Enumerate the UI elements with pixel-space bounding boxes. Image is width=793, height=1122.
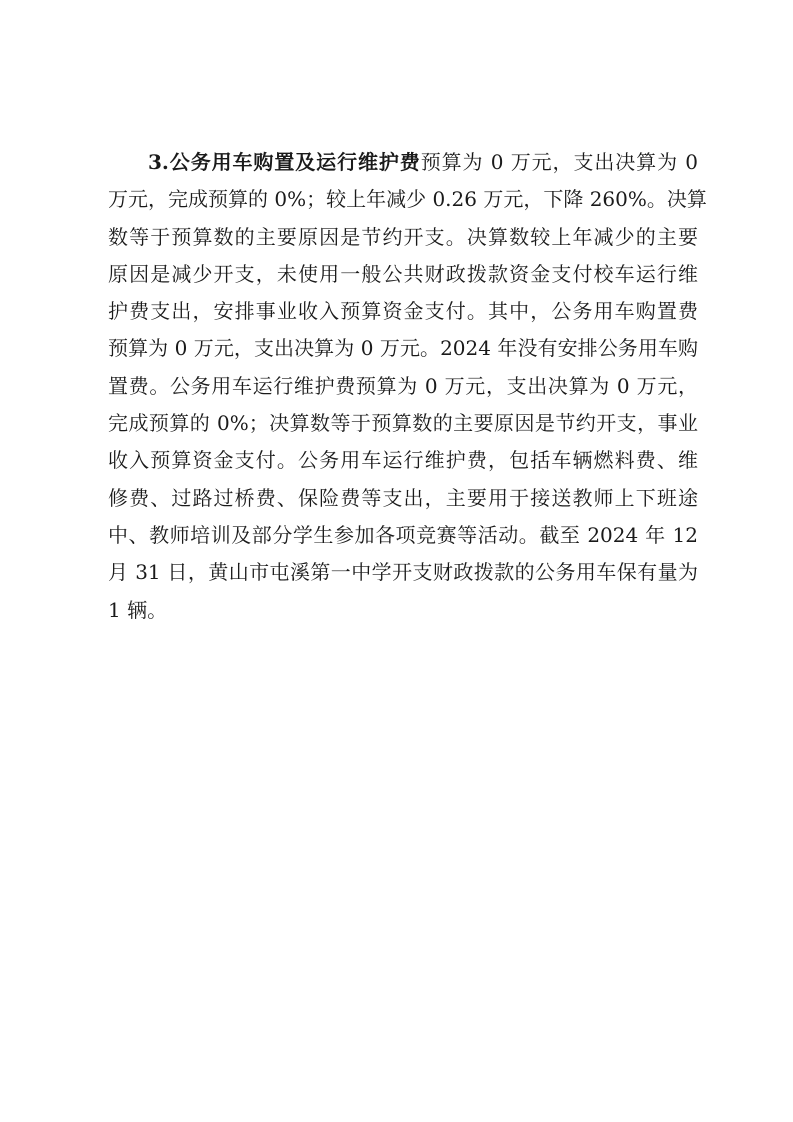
- paragraph-line: 中、教师培训及部分学生参加各项竞赛等活动。截至 2024 年 12: [108, 517, 698, 554]
- vehicle-expense-paragraph: 3.公务用车购置及运行维护费预算为 0 万元，支出决算为 0 万元，完成预算的 …: [108, 144, 698, 629]
- paragraph-line: 收入预算资金支付。公务用车运行维护费，包括车辆燃料费、维: [108, 442, 698, 479]
- document-page: 3.公务用车购置及运行维护费预算为 0 万元，支出决算为 0 万元，完成预算的 …: [0, 0, 793, 1122]
- line-text: 预算为 0 万元，支出决算为 0: [421, 150, 698, 174]
- paragraph-line: 万元，完成预算的 0%；较上年减少 0.26 万元，下降 260%。决算: [108, 181, 698, 218]
- paragraph-line: 数等于预算数的主要原因是节约开支。决算数较上年减少的主要: [108, 219, 698, 256]
- paragraph-line: 护费支出，安排事业收入预算资金支付。其中，公务用车购置费: [108, 293, 698, 330]
- paragraph-line: 预算为 0 万元，支出决算为 0 万元。2024 年没有安排公务用车购: [108, 330, 698, 367]
- paragraph-line: 完成预算的 0%；决算数等于预算数的主要原因是节约开支，事业: [108, 405, 698, 442]
- paragraph-line: 原因是减少开支，未使用一般公共财政拨款资金支付校车运行维: [108, 256, 698, 293]
- paragraph-line: 月 31 日，黄山市屯溪第一中学开支财政拨款的公务用车保有量为: [108, 554, 698, 591]
- paragraph-line: 修费、过路过桥费、保险费等支出，主要用于接送教师上下班途: [108, 480, 698, 517]
- section-heading: 3.公务用车购置及运行维护费: [148, 150, 421, 174]
- paragraph-line: 3.公务用车购置及运行维护费预算为 0 万元，支出决算为 0: [108, 144, 698, 181]
- paragraph-line: 置费。公务用车运行维护费预算为 0 万元，支出决算为 0 万元，: [108, 368, 698, 405]
- paragraph-line: 1 辆。: [108, 592, 698, 629]
